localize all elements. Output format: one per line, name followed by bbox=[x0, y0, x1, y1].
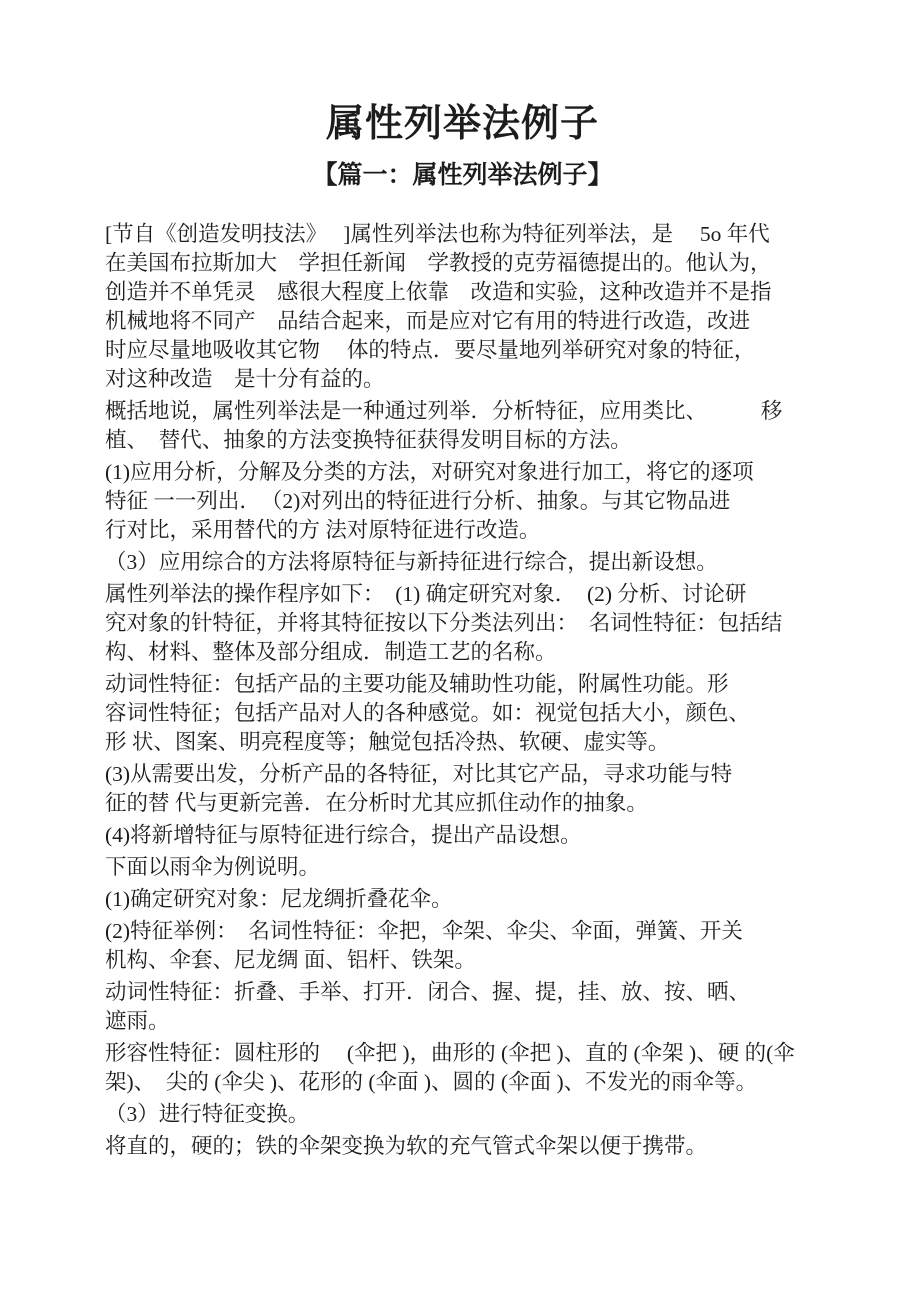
paragraph: (4)将新增特征与原特征进行综合，提出产品设想。 bbox=[105, 821, 820, 850]
paragraph: 属性列举法的操作程序如下： (1) 确定研究对象． (2) 分析、讨论研 究对象… bbox=[105, 580, 820, 667]
paragraph: [节自《创造发明技法》 ]属性列举法也称为特征列举法，是 5o 年代 在美国布拉… bbox=[105, 220, 820, 394]
paragraph: (1)确定研究对象：尼龙绸折叠花伞。 bbox=[105, 885, 820, 914]
paragraph: （3）进行特征变换。 bbox=[105, 1100, 820, 1129]
paragraph: 动词性特征：包括产品的主要功能及辅助性功能，附属性功能。形 容词性特征；包括产品… bbox=[105, 670, 820, 757]
paragraph: 将直的，硬的；铁的伞架变换为软的充气管式伞架以便于携带。 bbox=[105, 1132, 820, 1161]
paragraph: (3)从需要出发，分析产品的各特征，对比其它产品，寻求功能与特 征的替 代与更新… bbox=[105, 760, 820, 818]
paragraph: 动词性特征：折叠、手举、打开．闭合、握、提，挂、放、按、晒、 遮雨。 bbox=[105, 978, 820, 1036]
paragraph: 形容性特征：圆柱形的 (伞把 )，曲形的 (伞把 )、直的 (伞架 )、硬 的(… bbox=[105, 1039, 820, 1097]
document-page: 属性列举法例子 【篇一：属性列举法例子】 [节自《创造发明技法》 ]属性列举法也… bbox=[0, 0, 920, 1303]
paragraph: 概括地说，属性列举法是一种通过列举．分析特征，应用类比、 移 植、 替代、抽象的… bbox=[105, 397, 820, 455]
paragraph: （3）应用综合的方法将原特征与新持征进行综合，提出新设想。 bbox=[105, 548, 820, 577]
document-title: 属性列举法例子 bbox=[105, 100, 820, 148]
paragraph: (1)应用分析，分解及分类的方法，对研究对象进行加工，将它的逐项 特征 一一列出… bbox=[105, 458, 820, 545]
paragraph: 下面以雨伞为例说明。 bbox=[105, 853, 820, 882]
document-subtitle: 【篇一：属性列举法例子】 bbox=[105, 160, 820, 192]
document-body: [节自《创造发明技法》 ]属性列举法也称为特征列举法，是 5o 年代 在美国布拉… bbox=[105, 220, 820, 1161]
paragraph: (2)特征举例： 名词性特征：伞把，伞架、伞尖、伞面，弹簧、开关 机构、伞套、尼… bbox=[105, 917, 820, 975]
